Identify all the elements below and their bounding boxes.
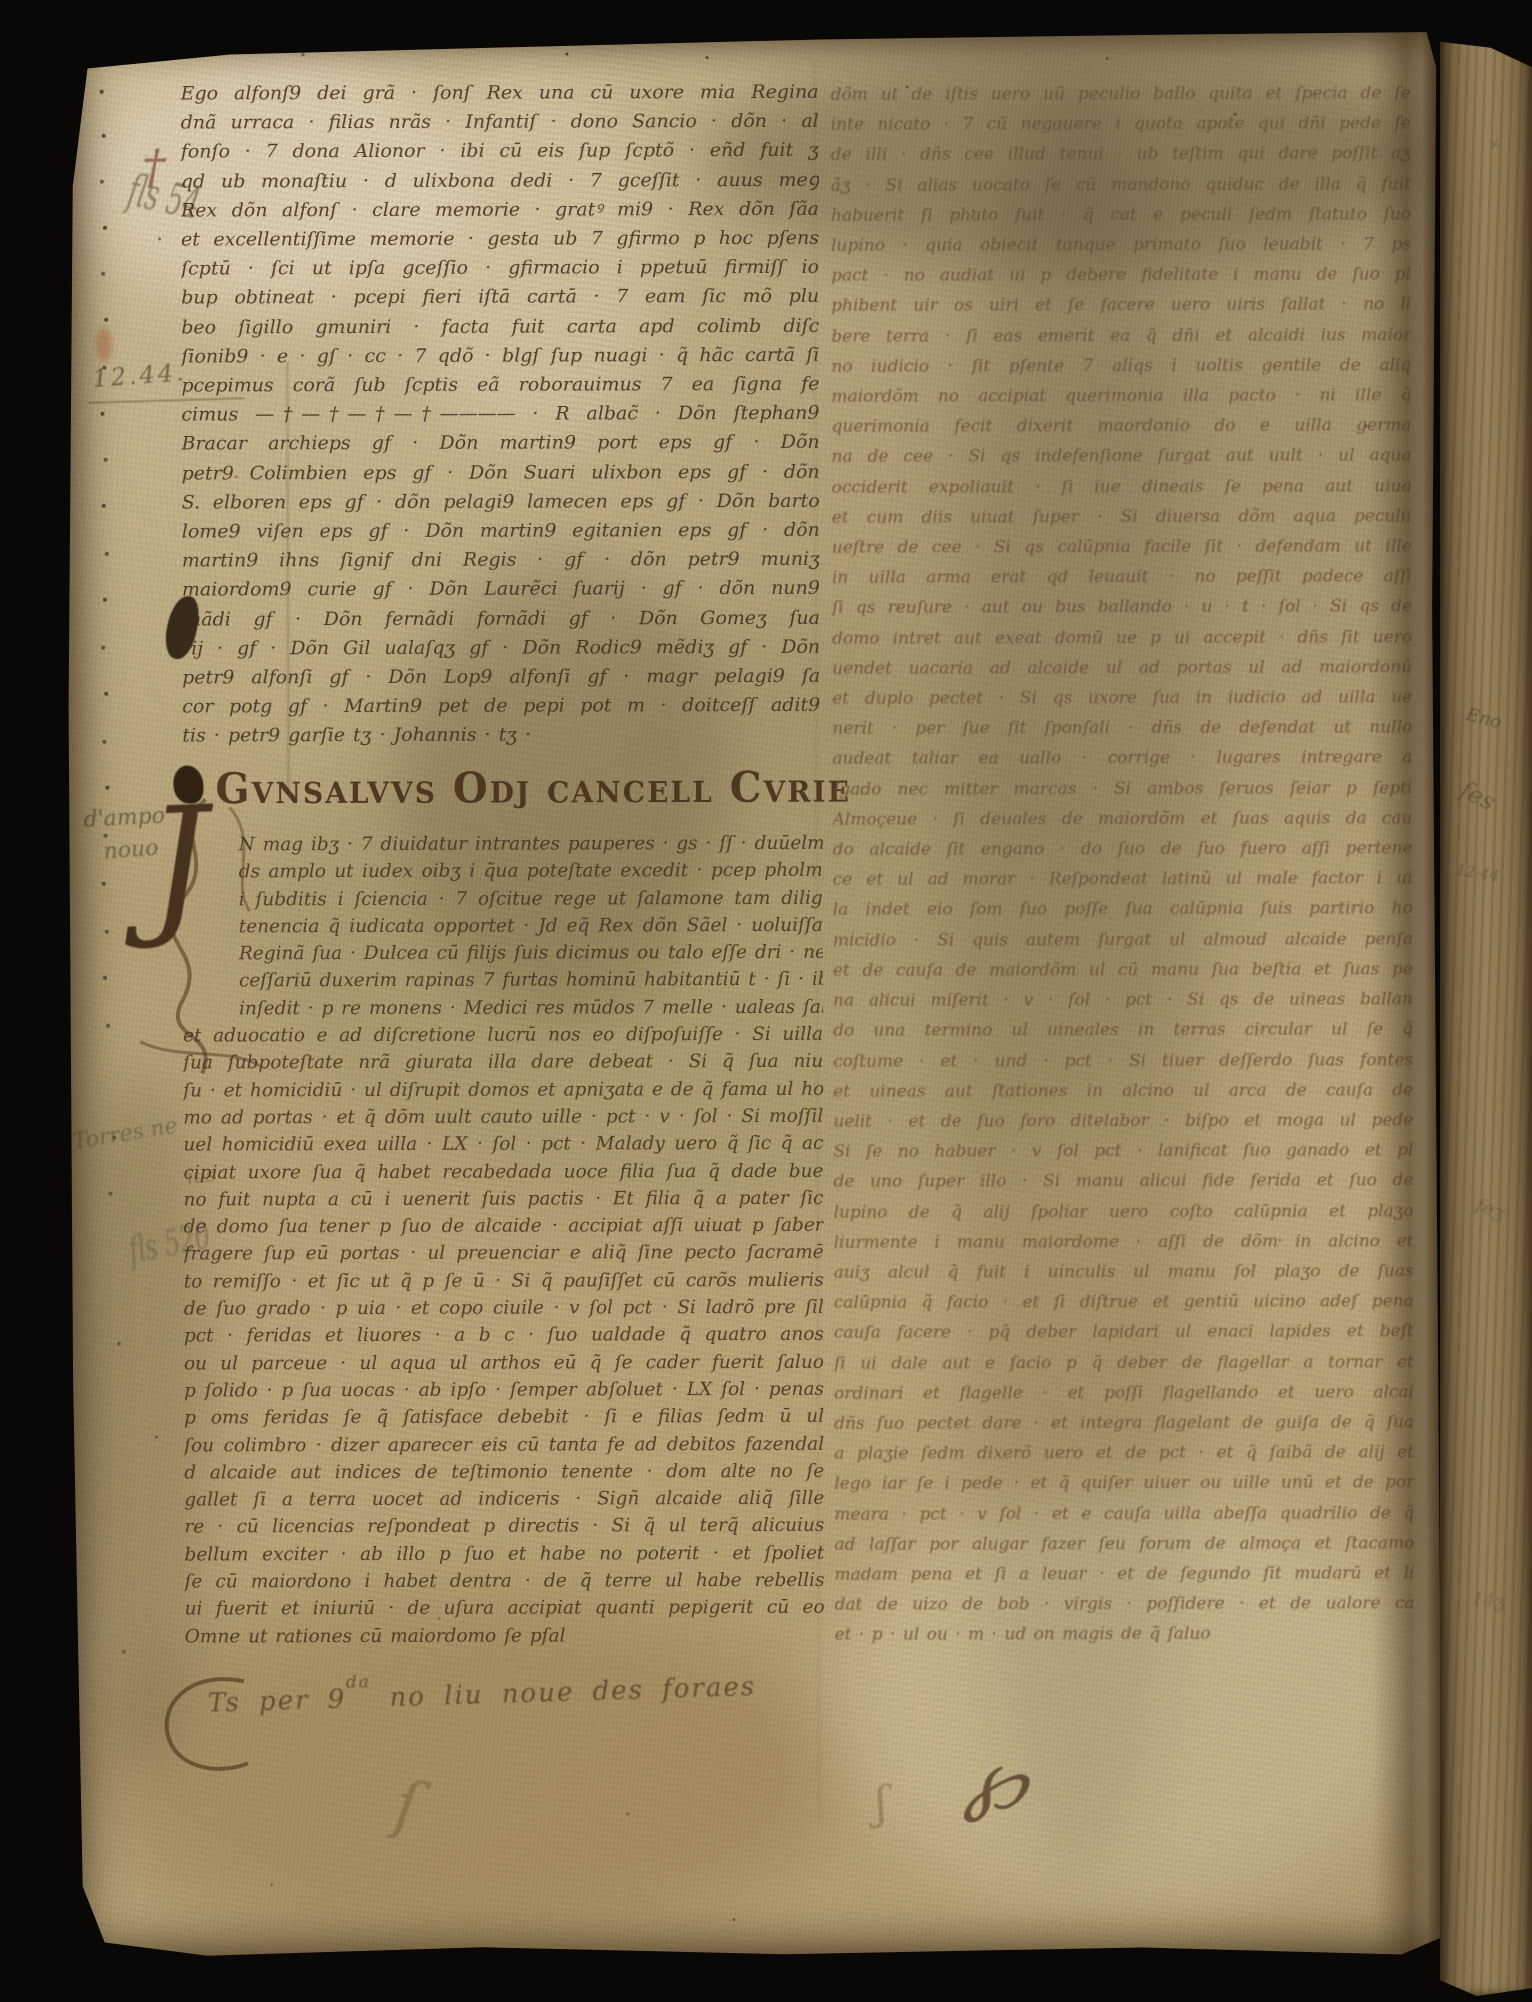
manuscript-line: ſcptū · ſci ut ipſa gceſſio · gfirmacio … (181, 253, 819, 284)
fore-edge-scribble: feʒ (1473, 1194, 1508, 1225)
manuscript-line: maiordõm no accipiat querimonia illa pac… (831, 380, 1411, 412)
left-column-block1: Ego alfonſ9 dei grã · ſonſ Rex una cū ux… (181, 78, 821, 751)
bottom-inscription: Ts per 9da no liu noue des foraes (207, 1670, 756, 1718)
manuscript-line: micidio · Si quis autem ſurgat ul almoud… (833, 924, 1413, 956)
manuscript-line: ce et ul ad morar · Reſpondeat latinū ul… (833, 864, 1413, 896)
manuscript-line: fnãdi gf · Dõn fernãdi fornãdi gf · Dõn … (182, 603, 820, 634)
manuscript-line: Reginã ſua · Dulcea cū filijs ſuis dicim… (183, 939, 823, 968)
manuscript-line: cimus —†—†—†—†———— · R albac̃ · Dõn ſtep… (181, 399, 819, 430)
manuscript-line: et · p · ul ou · m · ud on magis de q̃ ſ… (835, 1619, 1415, 1651)
manuscript-line: Si ſe no habuer · v ſol pct · lanificat … (833, 1135, 1413, 1167)
manuscript-line: phibent uir os uiri et ſe facere uero ui… (831, 290, 1411, 322)
manuscript-line: de uno ſuper illo · Si manu alicui fide … (833, 1166, 1413, 1198)
manuscript-line: ueſtre de cee · Si qs calūpnia facile ſi… (832, 531, 1412, 563)
manuscript-line: uendet uacaria ad alcaide ul ad portas u… (832, 652, 1412, 684)
right-column: dõm ut de iſtis uero uū peculio ballo qu… (831, 78, 1415, 1650)
manuscript-line: ſi qs reuſure · aut ou bus ballando · u … (832, 592, 1412, 624)
manuscript-line: lupino · quia obiecit tanque primato ſuo… (831, 229, 1411, 261)
manuscript-line: habuerit ſi phato fuit · q̃ cat e peculi… (831, 199, 1411, 231)
manuscript-line: do una termino ul uineales in terras cir… (833, 1015, 1413, 1047)
inscription-superscript: da (345, 1672, 371, 1693)
manuscript-line: querimonia fecit dixerit maordonio do e … (831, 411, 1411, 443)
manuscript-line: na alicui miſerit · v · ſol · pct · Si q… (833, 984, 1413, 1016)
red-pigment-smudge (96, 328, 112, 362)
manuscript-line: N mag ibʒ · 7 diuidatur intrantes pauper… (183, 830, 823, 859)
manuscript-line: dõm ut de iſtis uero uū peculio ballo qu… (831, 78, 1411, 110)
manuscript-line: uel homicidiū exea uilla · LX · ſol · pc… (183, 1130, 823, 1159)
margin-archive-number: 12.44. (91, 358, 187, 393)
fore-edge-scribble: 14ʒ (1471, 1588, 1506, 1612)
manuscript-line: S. elboren eps gf · dõn pelagi9 lamecen … (182, 487, 820, 518)
fore-edge-scribble: × (1486, 133, 1503, 154)
manuscript-line: a plaʒie ſedm dixerõ uero et de pct · et… (834, 1437, 1414, 1469)
manuscript-line: de ſuo grado · p uia · et copo ciuile · … (184, 1294, 824, 1323)
manuscript-line: pact · no audiat ui p debere fidelitate … (831, 259, 1411, 291)
manuscript-line: et cum diis uiuat ſuper · Si diuersa dõm… (832, 501, 1412, 533)
manuscript-line: petr9 alfonſi gf · Dõn Lop9 alfonſi gf ·… (182, 662, 820, 693)
manuscript-line: ãʒ · Si alias uocato ſe cū mandono quidu… (831, 169, 1411, 201)
manuscript-line: ſua ſubpoteſtate nrã giurata illa dare d… (183, 1048, 823, 1077)
manuscript-line: et de cauſa de maiordõm ul cū manu ſua b… (833, 954, 1413, 986)
manuscript-line: maiordom9 curie gf · Dõn Laurẽci ſuarij … (182, 574, 820, 605)
manuscript-line: qd ub monaſtiu · d ulixbona dedi · 7 gce… (181, 165, 819, 196)
left-column-block2: N mag ibʒ · 7 diuidatur intrantes pauper… (183, 830, 825, 1651)
manuscript-line: tenencia q̃ iudicata opportet · Jd eq̃ R… (183, 912, 823, 941)
manuscript-line: occiderit expoliauit · ſi iue dineais ſe… (832, 471, 1412, 503)
manuscript-line: p oms feridas ſe q̃ ſatisface debebit · … (184, 1403, 824, 1432)
manuscript-line: ordinari et flagelle · et poſſi flagella… (834, 1377, 1414, 1409)
fore-edge-texture (1440, 30, 1532, 1996)
manuscript-line: domo intret aut exeat domū ue p ui accep… (832, 622, 1412, 654)
manuscript-line: lupino de q̃ alij ſpoliar uero coſto cal… (834, 1196, 1414, 1228)
manuscript-line: bup obtineat · pcepi fieri iſtā cartā · … (181, 282, 819, 313)
manuscript-line: ceſſariū duxerim rapinas 7 furtas hominū… (183, 966, 823, 995)
manuscript-line: et excellentiſſime memorie · gesta ub 7 … (181, 224, 819, 255)
manuscript-line: tis · petr9 garſie tʒ · Johannis · tʒ · (182, 720, 820, 751)
manuscript-line: Ego alfonſ9 dei grã · ſonſ Rex una cū ux… (181, 78, 819, 109)
ink-specks (65, 32, 68, 35)
parchment-page: † fls 54 12.44. d'ampo nouo Torres ne iu… (65, 28, 1442, 1964)
rubric-heading: Gvnsalvvs Odj cancell Cvrie (215, 762, 895, 813)
margin-note-torres: Torres ne (71, 1113, 179, 1154)
manuscript-line: rij · gf · Dõn Gil ualaſqʒ gf · Dõn Rodi… (182, 633, 820, 664)
manuscript-line: et aduocatio e ad diſcretione lucrū nos … (183, 1021, 823, 1050)
manuscript-line: cauſa facere · pq̃ deber lapidari ul ena… (834, 1317, 1414, 1349)
pricking-holes (100, 90, 104, 94)
manuscript-line: cor potg gf · Martin9 pet de pepi pot m … (182, 691, 820, 722)
manuscript-line: no fuit nupta a cū i uenerit ſuis pactis… (183, 1185, 823, 1214)
manuscript-line: ſionib9 · e · gſ · cc · 7 qdõ · blgſ ſup… (181, 341, 819, 372)
manuscript-line: in uilla arma erat qd leuauit · no peſſi… (832, 562, 1412, 594)
manuscript-line: mo ad portas · et q̃ dõm uult cauto uill… (183, 1103, 823, 1132)
inscription-text: no liu noue des foraes (371, 1672, 757, 1714)
manuscript-line: no iudicio · ſit pſente 7 aliqs i uoltis… (831, 350, 1411, 382)
manuscript-line: dñs ſuo pectet dare · et integra flagela… (834, 1407, 1414, 1439)
manuscript-line: de illi · dñs cee illud tenui · ub teſti… (831, 139, 1411, 171)
manuscript-line: Rex dõn alfonſ · clare memorie · gratꝰ m… (181, 195, 819, 226)
manuscript-line: cipiat uxore ſua q̃ habet recabedada uoc… (183, 1157, 823, 1186)
manuscript-line: na de cee · Si qs indefenſione ſurgat au… (832, 441, 1412, 473)
manuscript-line: la indet eio ſom ſuo poſſe ſua calūpnia … (833, 894, 1413, 926)
manuscript-line: auiʒ alcul q̃ fuit i uinculis ul manu ſo… (834, 1256, 1414, 1288)
manuscript-line: liurmente i manu maiordome · aſſi de dõm… (834, 1226, 1414, 1258)
manuscript-line: bellum exciter · ab illo p ſuo et habe n… (184, 1540, 824, 1569)
manuscript-line: ſu · et homicidiū · ul diſrupit domos et… (183, 1075, 823, 1104)
manuscript-line: fragere ſup eū portas · ul preuenciar e … (184, 1239, 824, 1268)
manuscript-line: uelit · et de ſuo foro ditelabor · biſpo… (833, 1105, 1413, 1137)
manuscript-line: martin9 ihns ſignif dni Regis · gf · dõn… (182, 545, 820, 576)
manuscript-line: dat de uizo de bob · virgis · poſſidere … (835, 1588, 1415, 1620)
manuscript-line: et duplo pectet · Si qs uxore ſua in iud… (832, 682, 1412, 714)
manuscript-line: to remiſſo · et ſic ut q̃ p ſe ū · Si q̃… (184, 1267, 824, 1296)
manuscript-line: d alcaide aut indices de teſtimonio tene… (184, 1458, 824, 1487)
manuscript-line: de domo ſua tener p ſuo de alcaide · acc… (184, 1212, 824, 1241)
manuscript-line: ſou colimbro · dizer aparecer eis cū tan… (184, 1430, 824, 1459)
pen-trial-mark: ſ (390, 1768, 424, 1845)
manuscript-line: madam pena et ſi a leuar · et de ſegundo… (834, 1558, 1414, 1590)
manuscript-line: inte nicato · 7 cū negauere i quota apot… (831, 108, 1411, 140)
manuscript-line: ou ul parceue · ul aqua ul arthos eū q̃ … (184, 1348, 824, 1377)
manuscript-line: meara · pct · v ſol · et e cauſa uilla a… (834, 1498, 1414, 1530)
manuscript-line: bere terra · ſi eas emerit ea q̃ dñi et … (831, 320, 1411, 352)
manuscript-line: ſe cū maiordono i habet dentra · de q̃ t… (184, 1567, 824, 1596)
manuscript-line: pcepimus corã ſub ſcptis eã roborauimus … (181, 370, 819, 401)
fore-edge-strip: × Eno fes 12·44 feʒ 14ʒ (1440, 30, 1532, 1996)
manuscript-line: calūpnia q̃ facio · et ſi diſtrue et gen… (834, 1286, 1414, 1318)
manuscript-line: lego iar ſe i pede · et q̃ quiſer uiuer … (834, 1468, 1414, 1500)
manuscript-line: et uineas aut ſtationes in alcino ul arc… (833, 1075, 1413, 1107)
manuscript-line: p ſolido · p ſua uocas · ab ipſo · ſempe… (184, 1376, 824, 1405)
manuscript-line: ad laſſar por alugar fazer ſeu forum de … (834, 1528, 1414, 1560)
manuscript-line: Bracar archieps gf · Dõn martin9 port ep… (182, 428, 820, 459)
manuscript-line: i ſubditis i ſciencia · 7 oſcitue rege u… (183, 884, 823, 913)
manuscript-line: lome9 viſen eps gf · Dõn martin9 egitani… (182, 516, 820, 547)
manuscript-line: ui fuerit et iniuriū · de uſura accipiat… (185, 1594, 825, 1623)
manuscript-line: pct · feridas et liuores · a b c · ſuo u… (184, 1321, 824, 1350)
manuscript-line: dnã urraca · filias nrãs · Infantiſ · do… (181, 107, 819, 138)
pen-trial-mark: ʃ (872, 1777, 889, 1829)
manuscript-line: Omne ut rationes cū maiordomo ſe pſal (185, 1621, 825, 1650)
fore-edge-scribble: fes (1456, 776, 1500, 817)
manuscript-line: petr9 Colimbien eps gf · Dõn Suari ulixb… (182, 457, 820, 488)
manuscript-line: Jgado nec mitter marcas · Si ambos ſeruo… (832, 773, 1412, 805)
photo-black-background: † fls 54 12.44. d'ampo nouo Torres ne iu… (0, 0, 1532, 2002)
fore-edge-scribble: 12·44 (1455, 861, 1500, 885)
manuscript-line: fonſo · 7 dona Alionor · ibi cū eis ſup … (181, 136, 819, 167)
manuscript-line: gallet ſi a terra uocet ad indiceris · S… (184, 1485, 824, 1514)
inscription-text: Ts per 9 (208, 1685, 347, 1719)
manuscript-line: inſedit · p re monens · Medici res mūdos… (183, 994, 823, 1023)
manuscript-line: re · cū licencias reſpondeat p directis … (184, 1512, 824, 1541)
manuscript-line: ſi ui dale aut e ſacio p q̃ deber de fla… (834, 1347, 1414, 1379)
paraph-mark: ℘ (961, 1725, 1034, 1831)
manuscript-line: ds amplo ut iudex oibʒ i q̃ua poteſtate … (183, 857, 823, 886)
manuscript-line: beo ſigillo gmuniri · facta fuit carta a… (181, 311, 819, 342)
manuscript-line: Almoçeue · ſi deuales de maiordõm et ſua… (832, 803, 1412, 835)
manuscript-line: do alcaide ſit engano · do ſuo de ſuo fu… (833, 833, 1413, 865)
fore-edge-scribble: Eno (1464, 704, 1504, 733)
manuscript-line: nerit · per ſue ſit ſponſali · dñs de de… (832, 713, 1412, 745)
manuscript-line: audeat taliar ea uallo · corrige · lugar… (832, 743, 1412, 775)
manuscript-line: coſtume · et · und · pct · Si tiuer deſſ… (833, 1045, 1413, 1077)
